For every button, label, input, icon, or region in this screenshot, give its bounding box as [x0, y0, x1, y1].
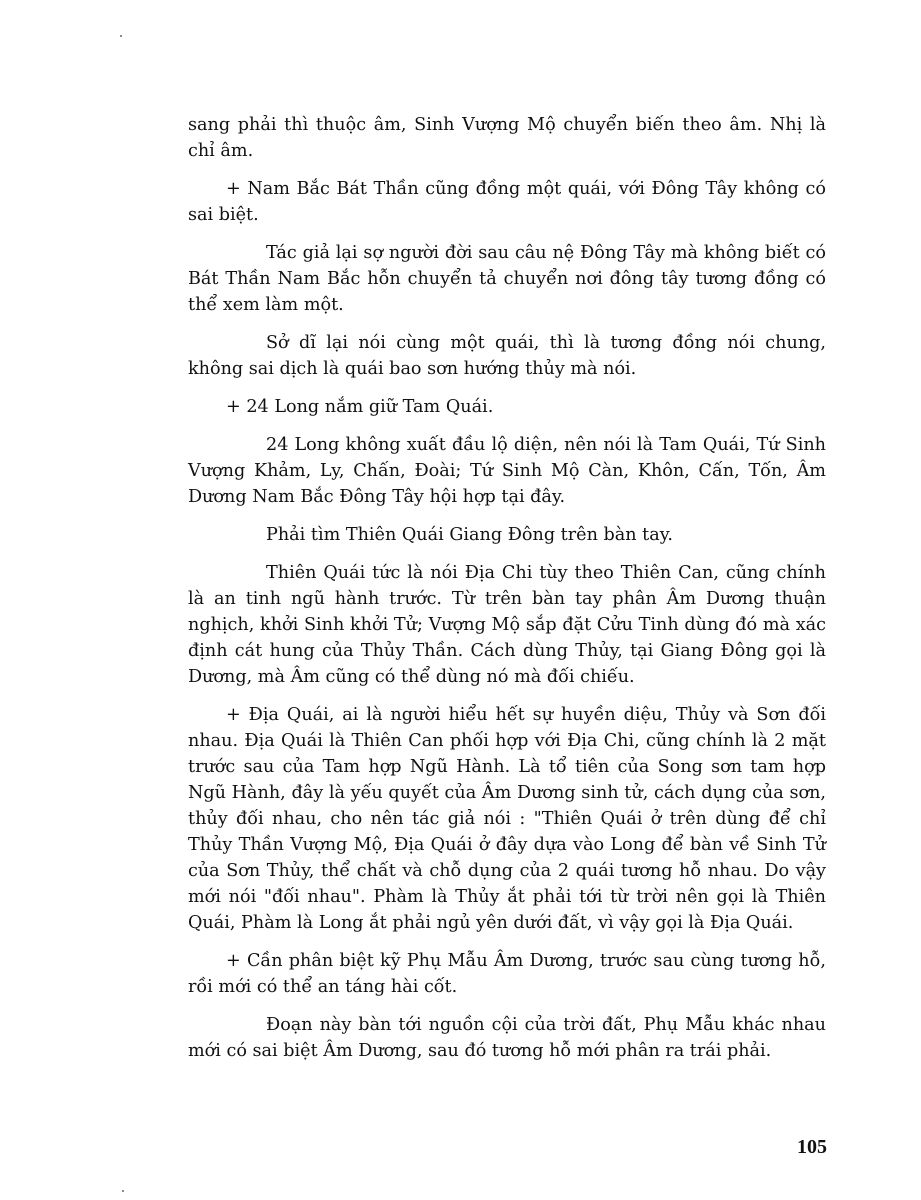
- paragraph-doan-nay: Đoạn này bàn tới nguồn cội của trời đất,…: [188, 1012, 826, 1064]
- page-number: 105: [797, 1136, 827, 1159]
- paragraph-bullet-24-long: + 24 Long nắm giữ Tam Quái.: [188, 394, 826, 420]
- scan-speck: [122, 1190, 124, 1192]
- paragraph-continuation: sang phải thì thuộc âm, Sinh Vượng Mộ ch…: [188, 112, 826, 164]
- paragraph-thien-quai-heading: Phải tìm Thiên Quái Giang Đông trên bàn …: [188, 522, 826, 548]
- paragraph-tac-gia: Tác giả lại sợ người đời sau câu nệ Đông…: [188, 240, 826, 318]
- paragraph-bullet-phu-mau: + Cần phân biệt kỹ Phụ Mẫu Âm Dương, trư…: [188, 948, 826, 1000]
- paragraph-bullet-nam-bac: + Nam Bắc Bát Thần cũng đồng một quái, v…: [188, 176, 826, 228]
- paragraph-thien-quai-detail: Thiên Quái tức là nói Địa Chi tùy theo T…: [188, 560, 826, 690]
- paragraph-bullet-dia-quai: + Địa Quái, ai là người hiểu hết sự huyề…: [188, 702, 826, 936]
- document-page: sang phải thì thuộc âm, Sinh Vượng Mộ ch…: [0, 0, 921, 1200]
- body-text: sang phải thì thuộc âm, Sinh Vượng Mộ ch…: [188, 112, 826, 1064]
- paragraph-24-long-detail: 24 Long không xuất đầu lộ diện, nên nói …: [188, 432, 826, 510]
- scan-speck: [120, 35, 122, 37]
- paragraph-so-di: Sở dĩ lại nói cùng một quái, thì là tươn…: [188, 330, 826, 382]
